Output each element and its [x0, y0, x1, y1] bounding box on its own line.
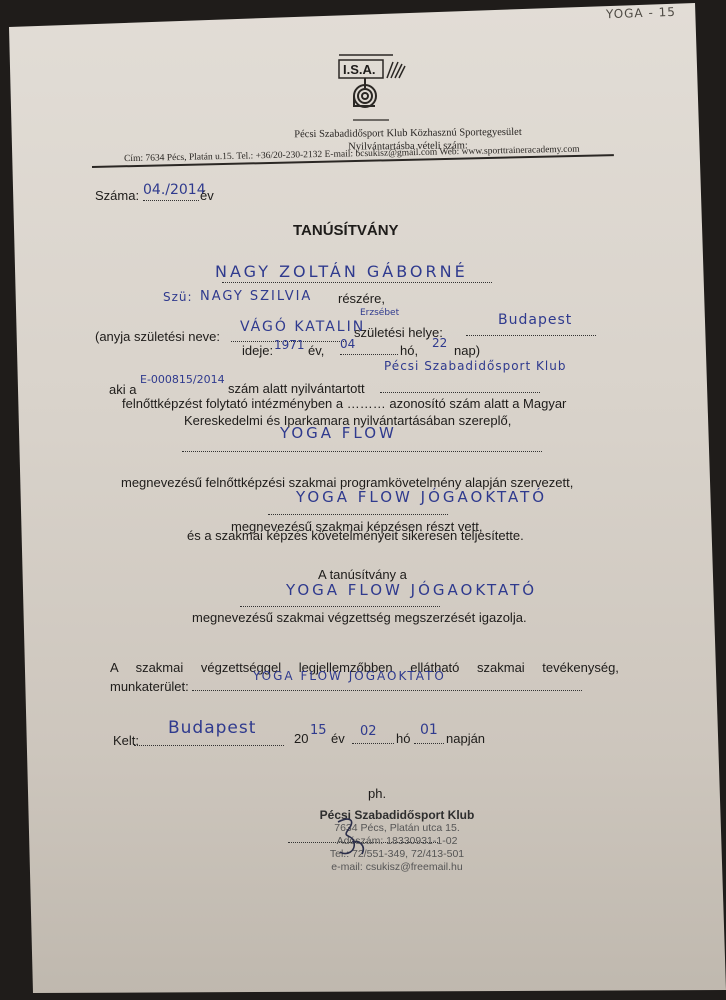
number-suffix: év [200, 188, 214, 203]
activity-label2: munkaterület: [110, 679, 189, 694]
birth-name: NAGY SZILVIA [200, 289, 312, 304]
institution-name: Pécsi Szabadidősport Klub [384, 359, 566, 373]
recipient-name: NAGY ZOLTÁN GÁBORNÉ [215, 262, 468, 281]
number-label: Száma: [95, 188, 139, 203]
issued-day-suffix: napján [446, 731, 485, 746]
birth-month-dots [340, 354, 398, 355]
training-dots [268, 514, 448, 515]
recipient-for-label: részére, [338, 291, 385, 306]
stamp-ph: ph. [368, 786, 386, 801]
certificate-intro: A tanúsítvány a [318, 567, 407, 582]
birth-day: 22 [432, 336, 447, 350]
birth-month-suffix: hó, [400, 343, 418, 358]
birth-name-prefix: Szü: [163, 290, 193, 304]
issued-year: 15 [310, 723, 327, 738]
institution-name-dots [380, 392, 540, 393]
issued-month-suffix: hó [396, 731, 410, 746]
birth-year-suffix: év, [308, 343, 324, 358]
issued-day-dots [414, 743, 444, 744]
birthplace-dots [466, 335, 596, 336]
program-value: YOGA FLOW [280, 424, 397, 442]
institution-prefix: aki a [109, 382, 136, 397]
certificate-label: megnevezésű szakmai végzettség megszerzé… [192, 610, 527, 625]
certificate-value: YOGA FLOW JÓGAOKTATÓ [286, 581, 537, 599]
signature-icon [330, 812, 380, 862]
mother-name: VÁGÓ KATALIN [240, 319, 365, 335]
program-dots [182, 451, 542, 452]
training-label2: és a szakmai képzés követelményeit siker… [187, 528, 524, 543]
training-value: YOGA FLOW JÓGAOKTATÓ [296, 488, 547, 506]
issued-year-suffix: év [331, 731, 345, 746]
birth-month: 04 [340, 337, 355, 351]
issued-month: 02 [360, 724, 377, 739]
certificate-dots [240, 606, 440, 607]
issued-place-dots [134, 745, 284, 746]
logo-text: I.S.A. [343, 62, 376, 77]
institution-mid: szám alatt nyilvántartott [228, 381, 365, 396]
isa-logo-icon: I.S.A. [335, 52, 415, 124]
number-value: 04./2014 [143, 182, 206, 198]
number-dots [143, 200, 199, 201]
birthplace-value: Budapest [498, 312, 572, 328]
birth-year: 1971 [274, 338, 305, 352]
birth-day-suffix: nap) [454, 343, 480, 358]
birth-date-label: ideje: [242, 343, 273, 358]
birthplace-label: születési helye: [354, 325, 443, 340]
issued-month-dots [352, 743, 394, 744]
mother-name-correction: Erzsébet [360, 308, 399, 318]
issued-day: 01 [420, 722, 438, 738]
institution-reg-number: E-000815/2014 [140, 373, 225, 386]
activity-dots [192, 690, 582, 691]
stamp-email: e-mail: csukisz@freemail.hu [312, 861, 482, 874]
recipient-dots [222, 282, 492, 283]
mother-label: (anyja születési neve: [95, 329, 220, 344]
corner-note: YOGA - 15 [606, 5, 676, 21]
issued-year-prefix: 20 [294, 731, 308, 746]
document-title: TANÚSÍTVÁNY [293, 222, 399, 239]
activity-value: YOGA FLOW JÓGAOKTATÓ [253, 669, 446, 683]
institution-line2: felnőttképzést folytató intézményben a …… [122, 396, 566, 411]
issued-place: Budapest [168, 718, 256, 738]
